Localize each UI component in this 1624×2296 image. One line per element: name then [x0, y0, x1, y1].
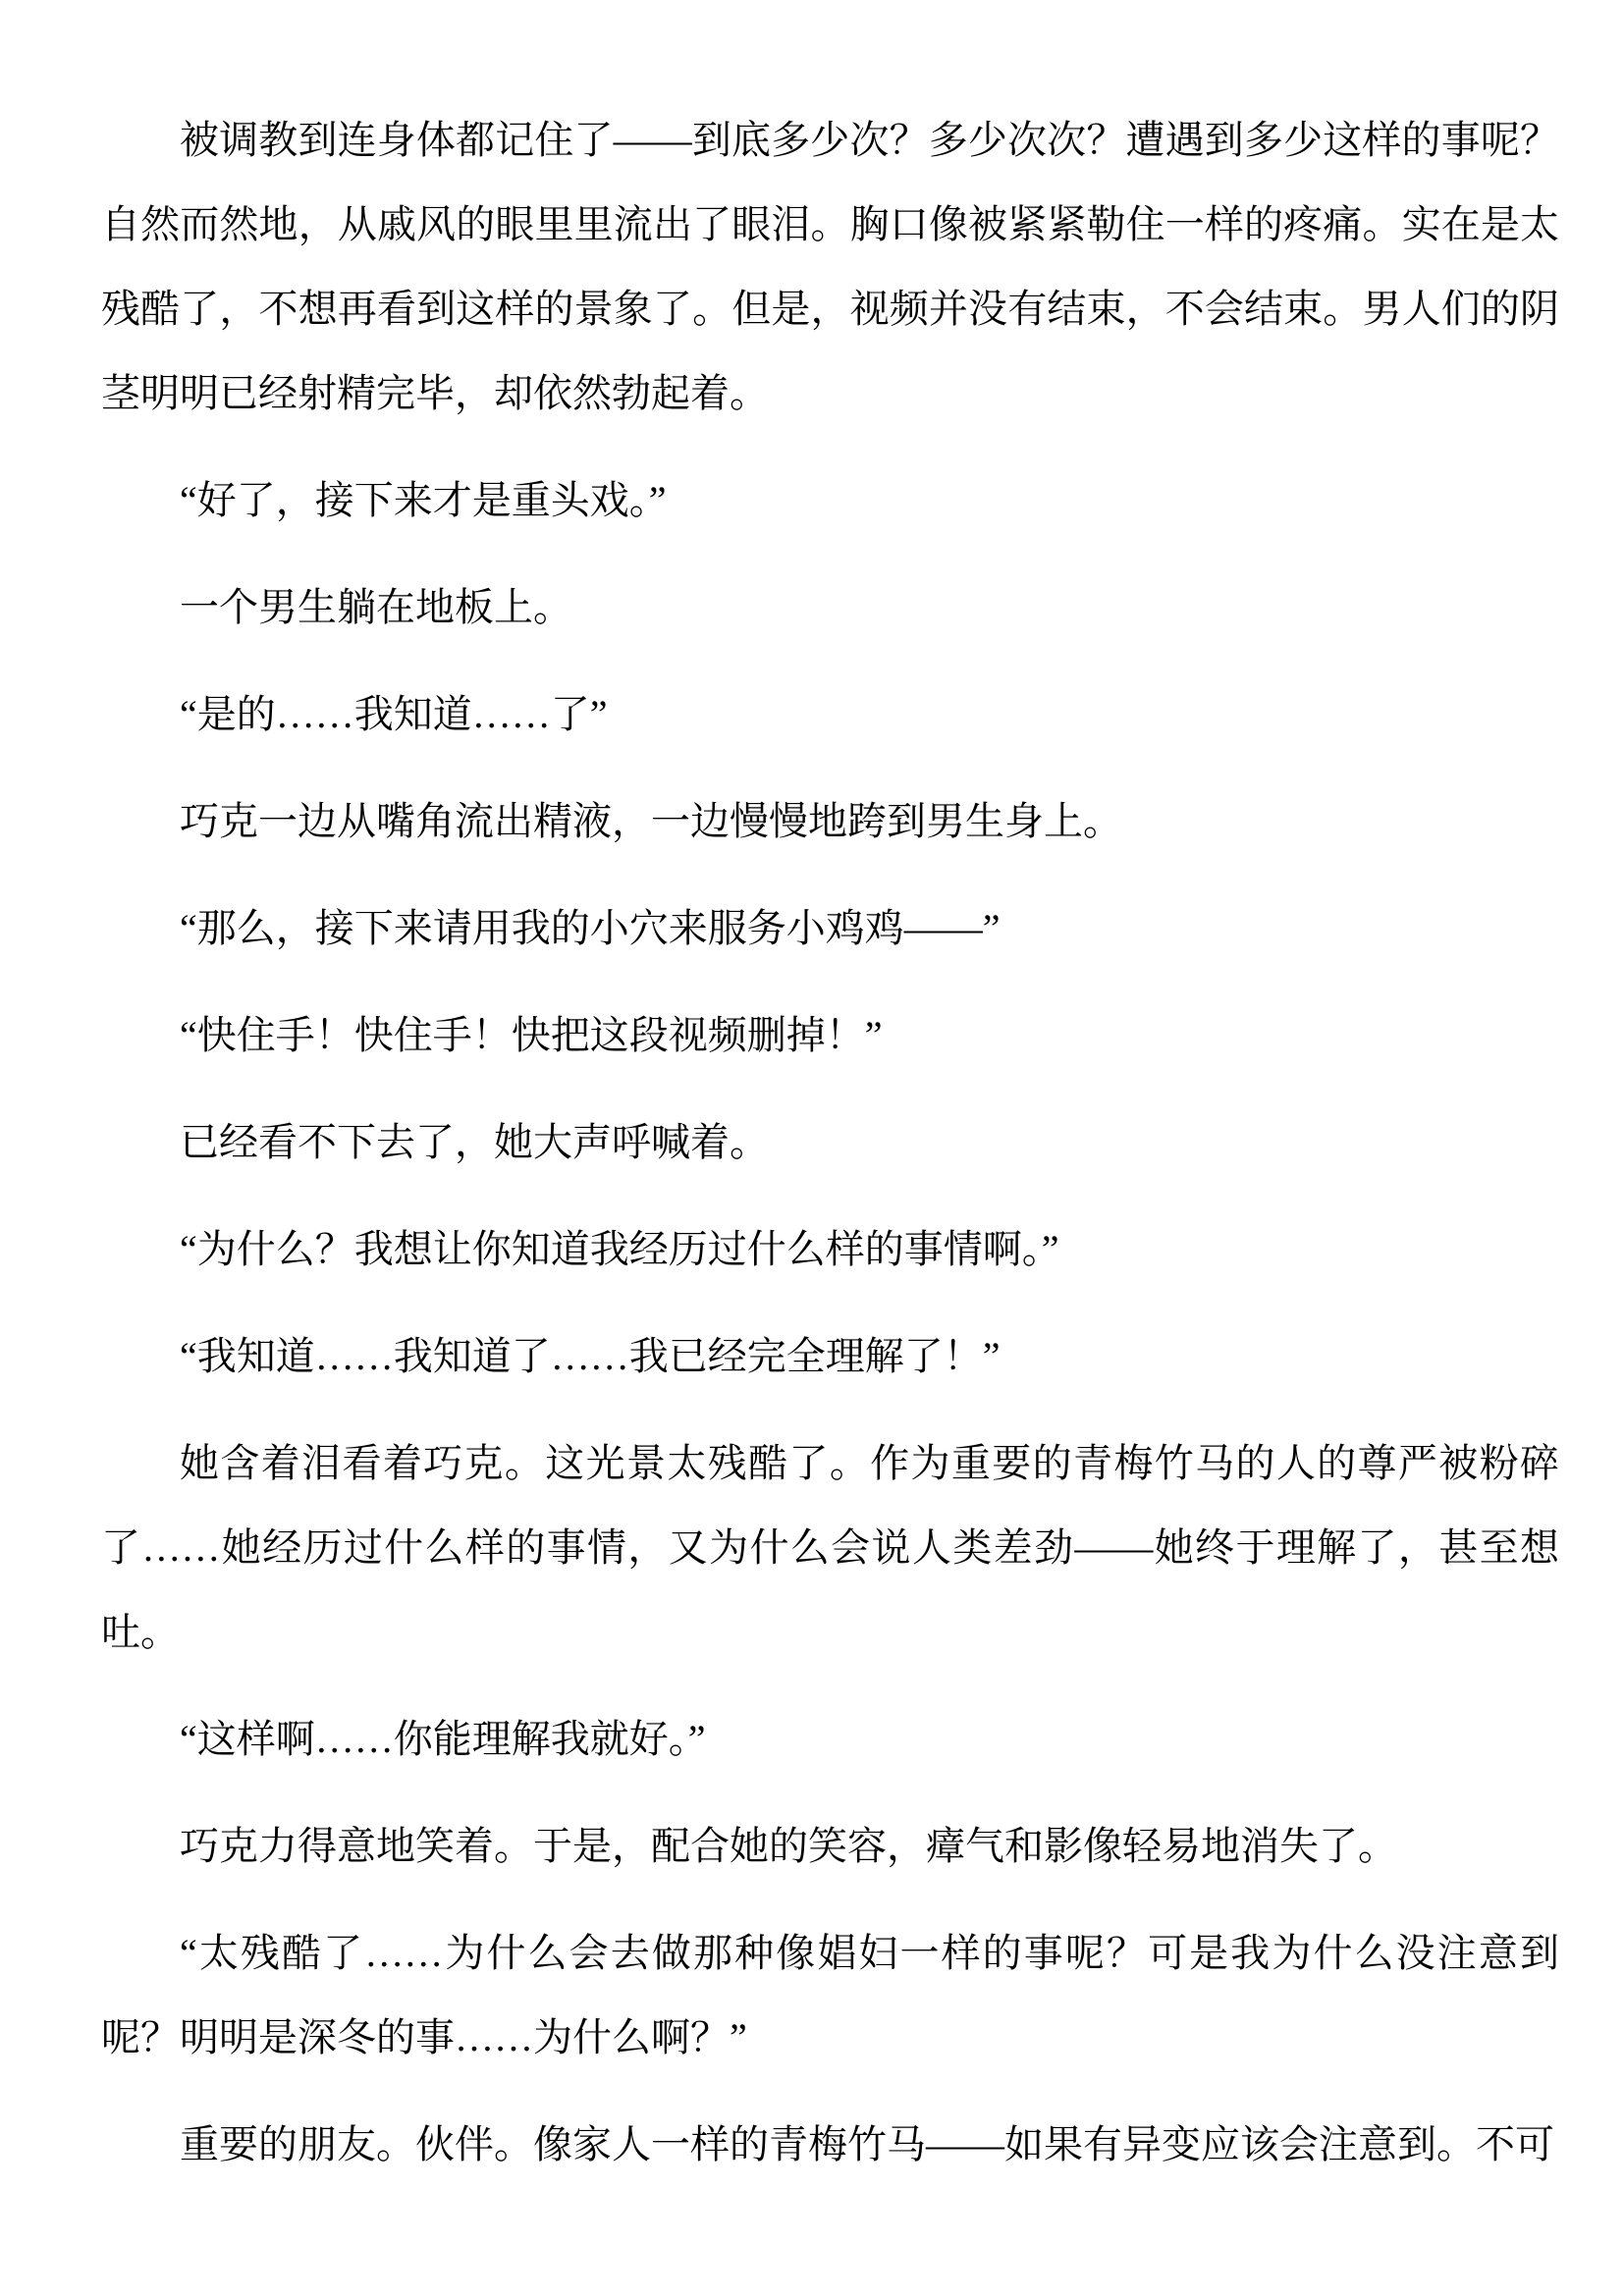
- paragraph: 巧克力得意地笑着。于是，配合她的笑容，瘴气和影像轻易地消失了。: [101, 1804, 1559, 1889]
- paragraph: “为什么？我想让你知道我经历过什么样的事情啊。”: [101, 1207, 1559, 1292]
- paragraph: “快住手！快住手！快把这段视频删掉！”: [101, 993, 1559, 1078]
- paragraph: “我知道……我知道了……我已经完全理解了！”: [101, 1314, 1559, 1399]
- paragraph: 她含着泪看着巧克。这光景太残酷了。作为重要的青梅竹马的人的尊严被粉碎了……她经历…: [101, 1421, 1559, 1675]
- paragraph: 巧克一边从嘴角流出精液，一边慢慢地跨到男生身上。: [101, 779, 1559, 864]
- paragraph: 已经看不下去了，她大声呼喊着。: [101, 1100, 1559, 1185]
- paragraph: “这样啊……你能理解我就好。”: [101, 1697, 1559, 1782]
- paragraph: “是的……我知道……了”: [101, 672, 1559, 757]
- paragraph: “那么，接下来请用我的小穴来服务小鸡鸡——”: [101, 886, 1559, 971]
- paragraph: “太残酷了……为什么会去做那种像娼妇一样的事呢？可是我为什么没注意到呢？明明是深…: [101, 1911, 1559, 2080]
- paragraph: 重要的朋友。伙伴。像家人一样的青梅竹马——如果有异变应该会注意到。不可: [101, 2103, 1559, 2187]
- document-page: 被调教到连身体都记住了——到底多少次？多少次次？遭遇到多少这样的事呢？自然而然地…: [0, 0, 1624, 2296]
- paragraph: “好了，接下来才是重头戏。”: [101, 458, 1559, 543]
- paragraph: 一个男生躺在地板上。: [101, 565, 1559, 650]
- paragraph: 被调教到连身体都记住了——到底多少次？多少次次？遭遇到多少这样的事呢？自然而然地…: [101, 98, 1559, 436]
